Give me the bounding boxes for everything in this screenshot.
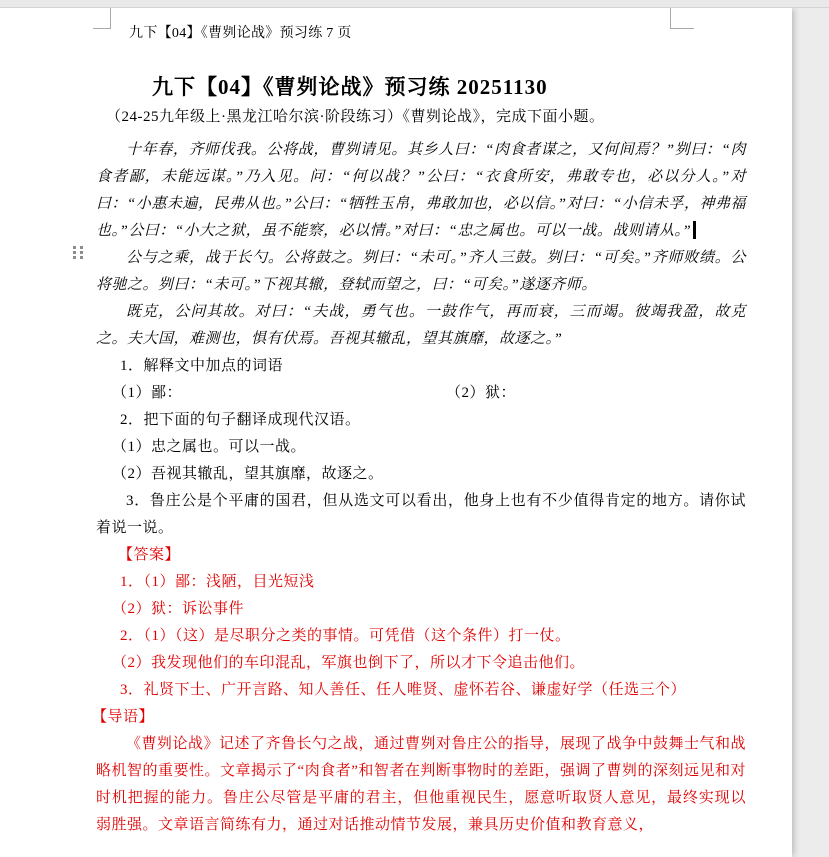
question-1[interactable]: 1．解释文中加点的词语 [96,353,746,380]
passage-paragraph-3[interactable]: 既克，公问其故。对曰：“夫战，勇气也。一鼓作气，再而衰，三而竭。彼竭我盈，故克之… [96,299,746,353]
answer-1-2[interactable]: （2）狱：诉讼事件 [96,596,746,623]
page-header-text[interactable]: 九下【04】《曹刿论战》预习练 7 页 [129,24,746,44]
classical-passage: 十年春，齐师伐我。公将战，曹刿请见。其乡人曰：“肉食者谋之，又何间焉？”刿曰：“… [96,137,746,353]
question-2[interactable]: 2．把下面的句子翻译成现代汉语。 [96,407,746,434]
question-3[interactable]: 3．鲁庄公是个平庸的国君，但从选文可以看出，他身上也有不少值得肯定的地方。请你试… [96,488,746,542]
drag-handle-icon[interactable] [73,246,83,259]
question-1-items: （1）鄙： （2）狱： [96,380,746,407]
text-caret-icon [693,221,696,239]
lead-section: 【导语】 《曹刿论战》记述了齐鲁长勺之战，通过曹刿对鲁庄公的指导，展现了战争中鼓… [96,704,746,839]
answer-2-1[interactable]: 2．（1）（这）是尽职分之类的事情。可凭借（这个条件）打一仗。 [96,623,746,650]
source-line[interactable]: （24-25九年级上·黑龙江哈尔滨·阶段练习）《曹刿论战》，完成下面小题。 [96,105,746,129]
lead-heading[interactable]: 【导语】 [92,704,746,731]
answers-heading[interactable]: 【答案】 [96,542,746,569]
document-content: 九下【04】《曹刿论战》预习练 7 页 九下【04】《曹刿论战》预习练 2025… [96,24,746,839]
document-title[interactable]: 九下【04】《曹刿论战》预习练 20251130 [152,74,746,100]
passage-paragraph-1[interactable]: 十年春，齐师伐我。公将战，曹刿请见。其乡人曰：“肉食者谋之，又何间焉？”刿曰：“… [96,137,746,245]
document-page[interactable]: 九下【04】《曹刿论战》预习练 7 页 九下【04】《曹刿论战》预习练 2025… [0,8,792,857]
question-2-item-2[interactable]: （2）吾视其辙乱，望其旗靡，故逐之。 [96,461,746,488]
questions-section: 1．解释文中加点的词语 （1）鄙： （2）狱： 2．把下面的句子翻译成现代汉语。… [96,353,746,542]
passage-paragraph-2[interactable]: 公与之乘，战于长勺。公将鼓之。刿曰：“未可。”齐人三鼓。刿曰：“可矣。”齐师败绩… [96,245,746,299]
window-top-gap [0,0,829,8]
question-1-item-1[interactable]: （1）鄙： [96,385,182,401]
passage-paragraph-1-text: 十年春，齐师伐我。公将战，曹刿请见。其乡人曰：“肉食者谋之，又何间焉？”刿曰：“… [96,142,746,239]
lead-paragraph[interactable]: 《曹刿论战》记述了齐鲁长勺之战，通过曹刿对鲁庄公的指导，展现了战争中鼓舞士气和战… [96,731,746,839]
question-2-item-1[interactable]: （1）忠之属也。可以一战。 [96,434,746,461]
answer-1-1[interactable]: 1．（1）鄙：浅陋，目光短浅 [96,569,746,596]
app-background: { "theme":{ "app_background":"#ececec", … [0,0,829,857]
answer-3[interactable]: 3．礼贤下士、广开言路、知人善任、任人唯贤、虚怀若谷、谦虚好学（任选三个） [96,677,746,704]
answer-2-2[interactable]: （2）我发现他们的车印混乱，军旗也倒下了，所以才下令追击他们。 [96,650,746,677]
question-1-item-2[interactable]: （2）狱： [446,380,516,407]
answers-section: 【答案】 1．（1）鄙：浅陋，目光短浅 （2）狱：诉讼事件 2．（1）（这）是尽… [96,542,746,704]
